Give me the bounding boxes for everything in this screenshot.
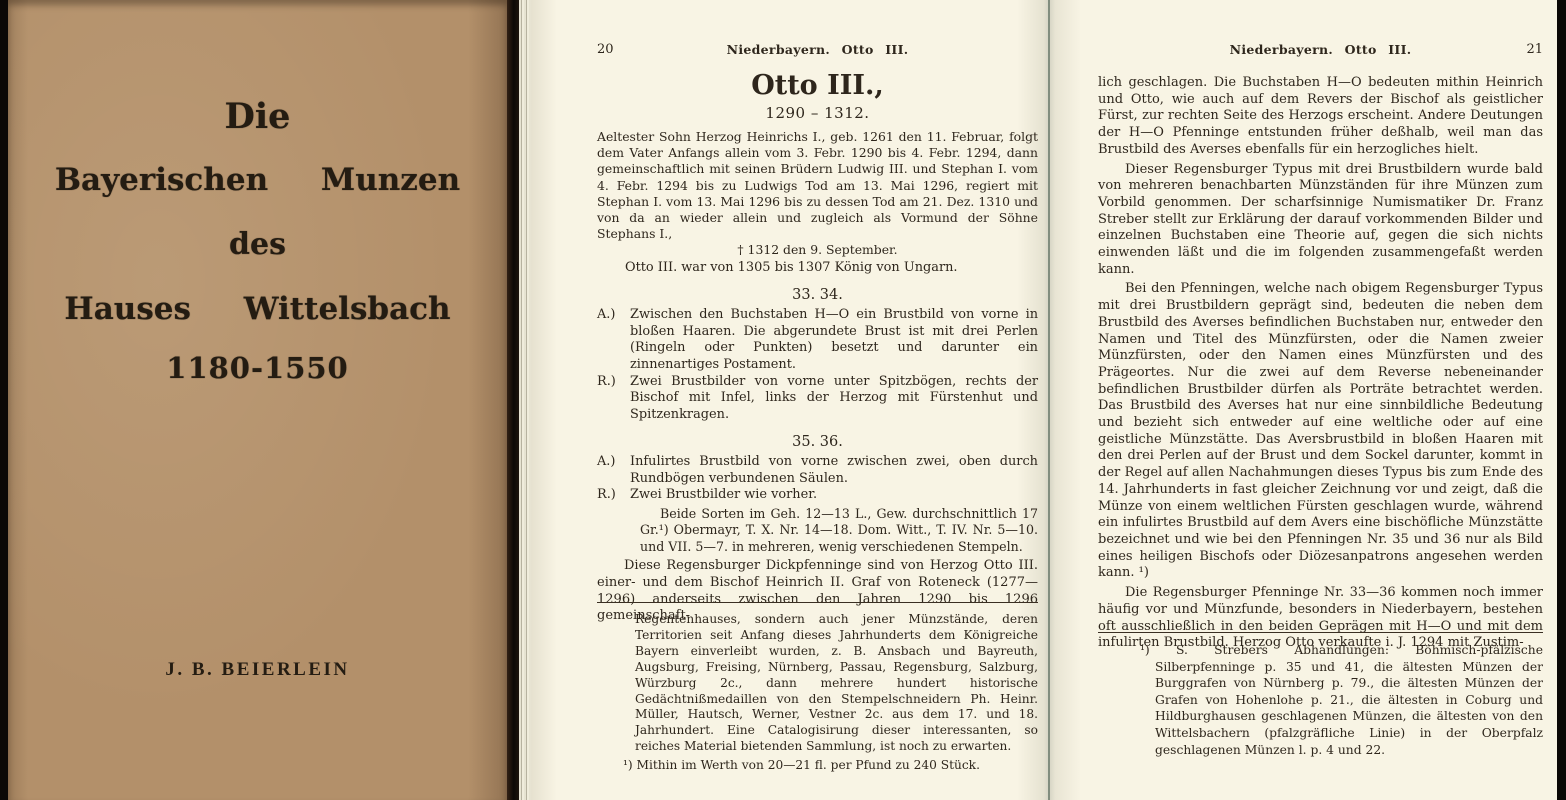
footnote-rule-left	[597, 602, 1038, 603]
item-text-avers: Zwischen den Buchstaben H—O ein Brustbil…	[630, 307, 1038, 373]
cover-title-years: 1180-1550	[8, 351, 507, 385]
coin-section-heading-33-34: 33. 34.	[597, 287, 1038, 303]
cover-title-line-4: Hauses Wittelsbach	[8, 291, 507, 327]
reference-note: Beide Sorten im Geh. 12—13 L., Gew. durc…	[640, 506, 1038, 555]
item-text-avers-2: Infulirtes Brustbild von vorne zwischen …	[630, 454, 1038, 487]
stacked-page-edges	[519, 0, 531, 800]
page-number-21: 21	[1526, 42, 1543, 57]
page-21-footnotes: ¹) S. Strebers Abhandlungen: Böhmisch-pf…	[1098, 632, 1543, 758]
running-header-text-right: Niederbayern. Otto III.	[1230, 42, 1412, 57]
page-gutter-line	[1048, 0, 1050, 800]
page-number-20: 20	[597, 42, 614, 57]
scan-edge-left	[0, 0, 8, 800]
biography-king-line: Otto III. war von 1305 bis 1307 König vo…	[597, 260, 1038, 277]
item-text-revers-2: Zwei Brustbilder wie vorher.	[630, 487, 1038, 504]
footnote-continuation: Regentenhauses, sondern auch jener Münzs…	[635, 612, 1038, 755]
item-label-avers-2: A.)	[597, 454, 630, 487]
item-text-revers: Zwei Brustbilder von vorne unter Spitzbö…	[630, 374, 1038, 424]
book-cover: Die Bayerischen Munzen des Hauses Wittel…	[8, 0, 507, 800]
coin-description-revers-2: R.) Zwei Brustbilder wie vorher.	[597, 487, 1038, 504]
book-scan: Die Bayerischen Munzen des Hauses Wittel…	[0, 0, 1566, 800]
coin-description-avers: A.) Zwischen den Buchstaben H—O ein Brus…	[597, 307, 1038, 373]
coin-description-avers-2: A.) Infulirtes Brustbild von vorne zwisc…	[597, 454, 1038, 487]
body-paragraph-2: Dieser Regensburger Typus mit drei Brust…	[1098, 162, 1543, 279]
cover-title-line-2: Bayerischen Munzen	[8, 162, 507, 198]
running-header-left: 20 Niederbayern. Otto III.	[597, 42, 1038, 59]
item-label-avers: A.)	[597, 307, 630, 373]
footnote-rule-right	[1098, 632, 1543, 633]
biography-paragraph: Aeltester Sohn Herzog Heinrichs I., geb.…	[597, 129, 1038, 242]
cover-author: J. B. BEIERLEIN	[8, 659, 507, 681]
book-spine-shadow	[507, 0, 519, 800]
scan-edge-right	[1557, 0, 1566, 800]
running-header-text-left: Niederbayern. Otto III.	[727, 42, 909, 57]
footnote-1-left: ¹) Mithin im Werth von 20—21 fl. per Pfu…	[623, 758, 1038, 774]
cover-title-line-1: Die	[8, 96, 507, 137]
chapter-dates: 1290 – 1312.	[597, 104, 1038, 122]
biography-death-line: † 1312 den 9. September.	[597, 242, 1038, 258]
coin-description-revers: R.) Zwei Brustbilder von vorne unter Spi…	[597, 374, 1038, 424]
running-header-right: Niederbayern. Otto III. 21	[1098, 42, 1543, 59]
chapter-title: Otto III.,	[597, 70, 1038, 101]
body-paragraph-1: lich geschlagen. Die Buchstaben H—O bede…	[1098, 75, 1543, 159]
item-label-revers-2: R.)	[597, 487, 630, 504]
page-20-footnotes: Regentenhauses, sondern auch jener Münzs…	[597, 602, 1038, 774]
page-21: Niederbayern. Otto III. 21 lich geschlag…	[1098, 42, 1543, 652]
page-20: 20 Niederbayern. Otto III. Otto III., 12…	[597, 42, 1038, 625]
body-paragraph-3: Bei den Pfenningen, welche nach obigem R…	[1098, 281, 1543, 582]
coin-section-heading-35-36: 35. 36.	[597, 434, 1038, 450]
cover-title-line-3: des	[8, 227, 507, 262]
footnote-1-right: ¹) S. Strebers Abhandlungen: Böhmisch-pf…	[1098, 642, 1543, 758]
open-pages: 20 Niederbayern. Otto III. Otto III., 12…	[531, 0, 1557, 800]
item-label-revers: R.)	[597, 374, 630, 424]
